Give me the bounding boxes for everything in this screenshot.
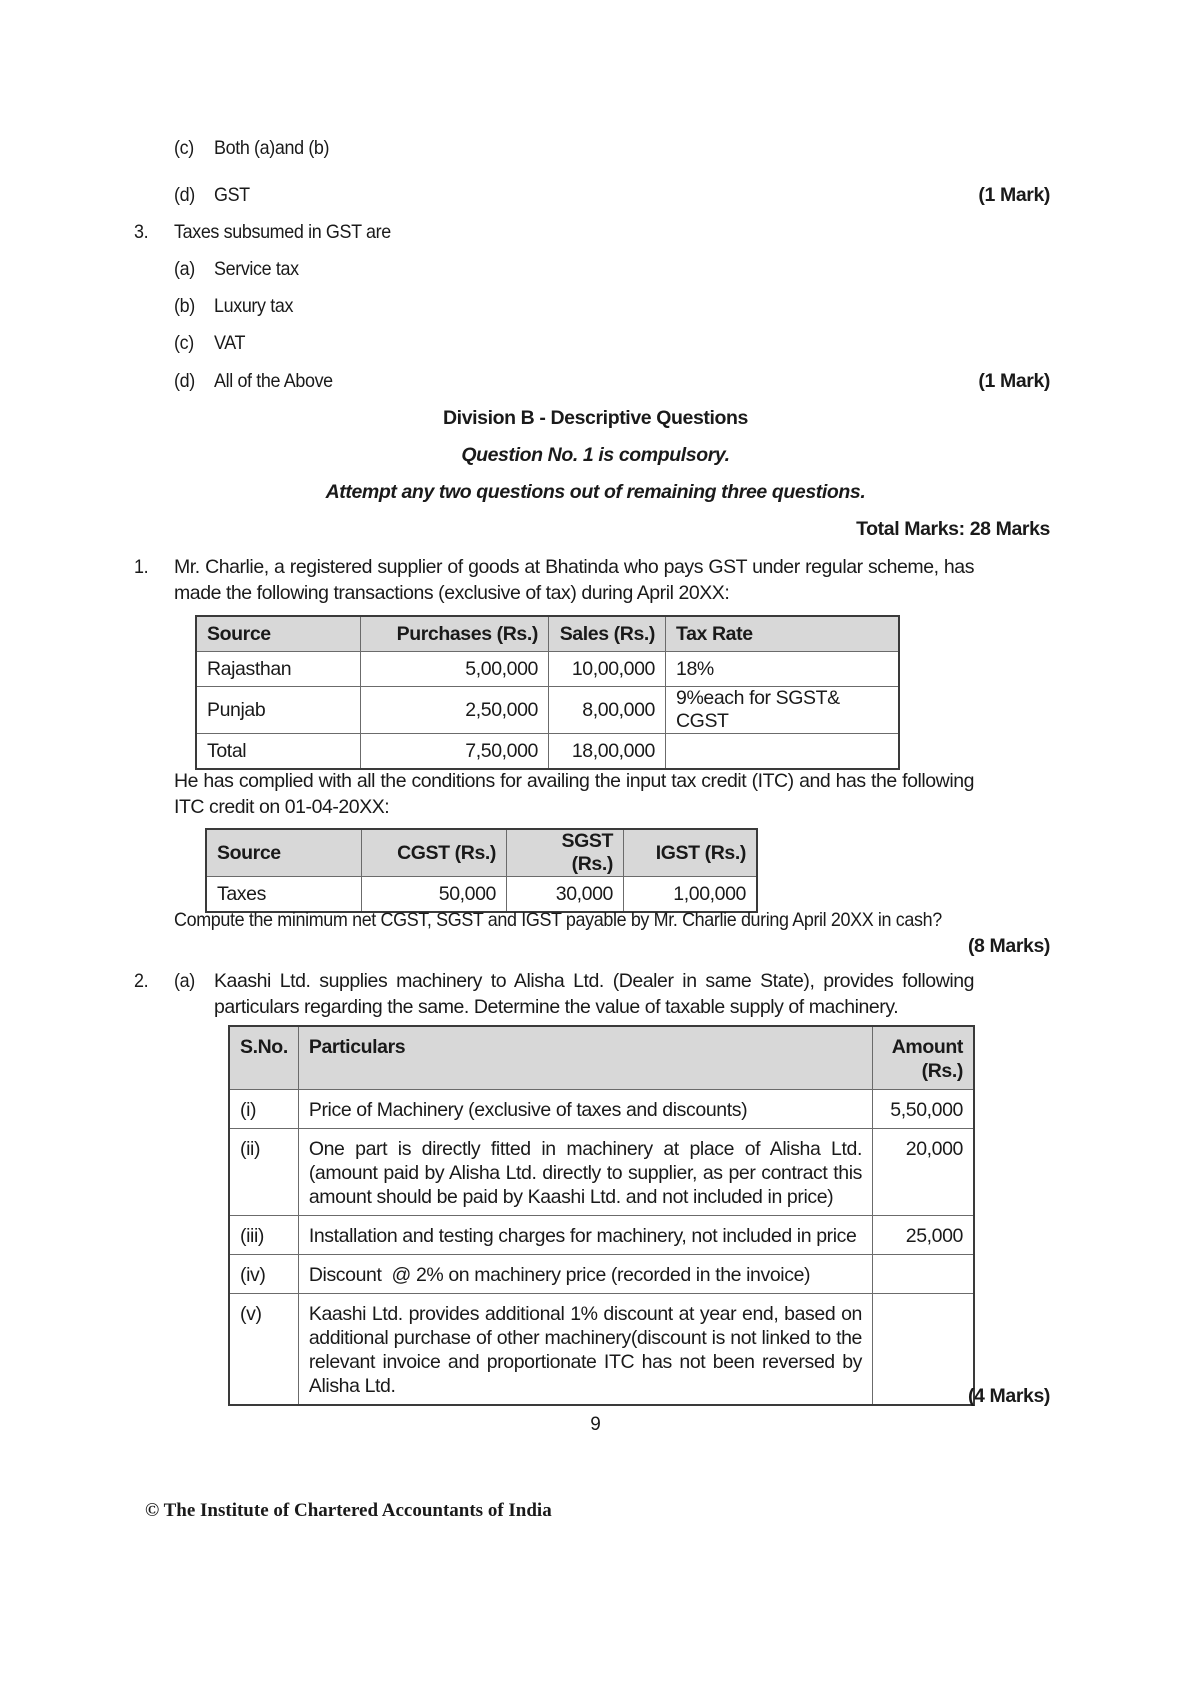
marks-label: (4 Marks) — [968, 1385, 1050, 1408]
column-header: Source — [196, 616, 361, 652]
table-cell: 5,50,000 — [873, 1090, 975, 1129]
option-label: (b) — [174, 295, 195, 318]
question-number: 1. — [134, 556, 148, 579]
question-text: Taxes subsumed in GST are — [174, 221, 391, 244]
column-header: Tax Rate — [666, 616, 900, 652]
option-text: All of the Above — [214, 370, 333, 393]
division-instruction: Attempt any two questions out of remaini… — [0, 481, 1191, 504]
option-text: VAT — [214, 332, 245, 355]
column-header: S.No. — [229, 1026, 298, 1090]
page-number: 9 — [0, 1414, 1191, 1436]
marks-label: (8 Marks) — [968, 935, 1050, 958]
table-cell: 8,00,000 — [549, 687, 666, 734]
option-label: (c) — [174, 332, 194, 355]
total-marks: Total Marks: 28 Marks — [856, 518, 1050, 541]
table-cell: 10,00,000 — [549, 652, 666, 687]
table-row: Punjab 2,50,000 8,00,000 9%each for SGST… — [196, 687, 899, 734]
column-header: IGST (Rs.) — [624, 829, 758, 877]
itc-table: Source CGST (Rs.) SGST (Rs.) IGST (Rs.) … — [205, 828, 758, 913]
marks-label: (1 Mark) — [978, 370, 1050, 393]
copyright-footer: © The Institute of Chartered Accountants… — [145, 1500, 552, 1522]
table-cell: 50,000 — [362, 877, 507, 913]
table-cell — [666, 734, 900, 770]
table-cell: Punjab — [196, 687, 361, 734]
question-number: 2. — [134, 970, 148, 993]
itc-text: He has complied with all the conditions … — [174, 768, 974, 820]
table-row: Total 7,50,000 18,00,000 — [196, 734, 899, 770]
table-cell: Taxes — [206, 877, 362, 913]
table-cell: One part is directly fitted in machinery… — [298, 1129, 872, 1216]
table-cell: 9%each for SGST& CGST — [666, 687, 900, 734]
column-header: Amount (Rs.) — [873, 1026, 975, 1090]
option-label: (d) — [174, 370, 195, 393]
particulars-table: S.No. Particulars Amount (Rs.) (i) Price… — [228, 1025, 975, 1406]
table-row: (ii) One part is directly fitted in mach… — [229, 1129, 974, 1216]
table-cell: 25,000 — [873, 1216, 975, 1255]
option-text: Both (a)and (b) — [214, 137, 329, 160]
table-cell — [873, 1294, 975, 1406]
table-cell: 2,50,000 — [361, 687, 549, 734]
option-label: (a) — [174, 258, 195, 281]
table-cell: 18% — [666, 652, 900, 687]
table-cell: 1,00,000 — [624, 877, 758, 913]
question-intro: Kaashi Ltd. supplies machinery to Alisha… — [214, 968, 974, 1020]
table-cell: (ii) — [229, 1129, 298, 1216]
option-text: GST — [214, 184, 250, 207]
table-cell: Kaashi Ltd. provides additional 1% disco… — [298, 1294, 872, 1406]
table-cell: (v) — [229, 1294, 298, 1406]
table-cell: (iii) — [229, 1216, 298, 1255]
table-cell: 20,000 — [873, 1129, 975, 1216]
table-cell — [873, 1255, 975, 1294]
column-header: Purchases (Rs.) — [361, 616, 549, 652]
table-cell: Installation and testing charges for mac… — [298, 1216, 872, 1255]
table-row: Taxes 50,000 30,000 1,00,000 — [206, 877, 757, 913]
question-intro: Mr. Charlie, a registered supplier of go… — [174, 554, 974, 606]
table-row: (v) Kaashi Ltd. provides additional 1% d… — [229, 1294, 974, 1406]
question-number: 3. — [134, 221, 148, 244]
question-prompt: Compute the minimum net CGST, SGST and I… — [174, 909, 942, 932]
marks-label: (1 Mark) — [978, 184, 1050, 207]
column-header: SGST (Rs.) — [507, 829, 624, 877]
option-text: Luxury tax — [214, 295, 293, 318]
option-label: (c) — [174, 137, 194, 160]
column-header: Particulars — [298, 1026, 872, 1090]
table-row: (i) Price of Machinery (exclusive of tax… — [229, 1090, 974, 1129]
division-instruction: Question No. 1 is compulsory. — [0, 444, 1191, 467]
option-text: Service tax — [214, 258, 299, 281]
table-row: (iv) Discount @ 2% on machinery price (r… — [229, 1255, 974, 1294]
table-row: (iii) Installation and testing charges f… — [229, 1216, 974, 1255]
table-cell: 7,50,000 — [361, 734, 549, 770]
table-cell: Discount @ 2% on machinery price (record… — [298, 1255, 872, 1294]
table-cell: Total — [196, 734, 361, 770]
division-title: Division B - Descriptive Questions — [0, 407, 1191, 430]
table-cell: (iv) — [229, 1255, 298, 1294]
table-cell: 5,00,000 — [361, 652, 549, 687]
table-row: Rajasthan 5,00,000 10,00,000 18% — [196, 652, 899, 687]
question-part: (a) — [174, 970, 195, 993]
column-header: Sales (Rs.) — [549, 616, 666, 652]
column-header: CGST (Rs.) — [362, 829, 507, 877]
table-cell: Price of Machinery (exclusive of taxes a… — [298, 1090, 872, 1129]
transactions-table: Source Purchases (Rs.) Sales (Rs.) Tax R… — [195, 615, 900, 770]
table-cell: 18,00,000 — [549, 734, 666, 770]
column-header: Source — [206, 829, 362, 877]
option-label: (d) — [174, 184, 195, 207]
table-cell: 30,000 — [507, 877, 624, 913]
table-cell: Rajasthan — [196, 652, 361, 687]
table-cell: (i) — [229, 1090, 298, 1129]
